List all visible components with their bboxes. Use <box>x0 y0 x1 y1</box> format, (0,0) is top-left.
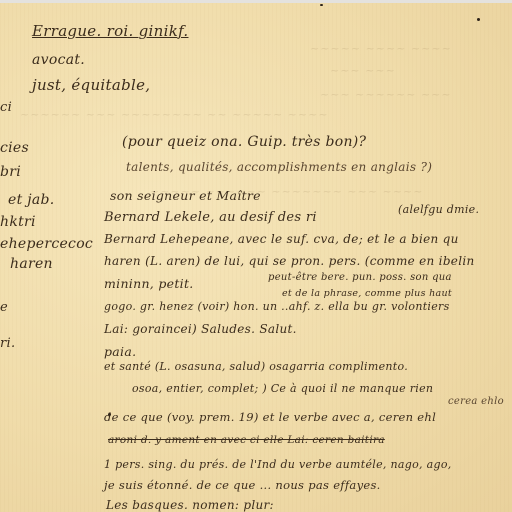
bleed-through-text: ~~~~~ ~~~~ ~~~~ <box>310 42 452 55</box>
main-line-14: et santé (L. osasuna, salud) osagarria c… <box>104 360 408 373</box>
top-line-1: Errague. roi. ginikf. <box>32 22 188 40</box>
top-line-3: just, équitable, <box>32 76 150 94</box>
margin-word: bri <box>0 164 21 180</box>
main-line-5-aside: (alelfgu dmie. <box>398 203 479 216</box>
main-line-13: paia. <box>104 344 136 359</box>
bleed-through-text: ~~~ ~~~~~~ ~~~ <box>320 88 452 101</box>
main-line-8: mininn, petit. <box>104 276 194 291</box>
margin-word: ri. <box>0 336 15 351</box>
main-line-6: Bernard Lehepeane, avec le suf. cva, de;… <box>104 232 459 246</box>
main-line-18: aroni d. y ament en avec ci elle Lai: ce… <box>108 434 385 446</box>
main-line-11: gogo. gr. henez (voir) hon. un ..ahf. z.… <box>104 300 450 313</box>
main-line-15: osoa, entier, complet; ) Ce à quoi il ne… <box>132 382 433 395</box>
scan-top-edge <box>0 0 512 3</box>
margin-word: hktri <box>0 214 36 230</box>
main-line-9: peut-être bere. pun. poss. son qua <box>268 272 452 283</box>
main-line-2: talents, qualités, accomplishments en an… <box>126 160 432 174</box>
margin-word: ci <box>0 100 12 115</box>
top-line-2: avocat. <box>32 52 85 68</box>
main-line-3: son seigneur et Maître <box>110 188 261 203</box>
ink-speck <box>477 18 480 21</box>
main-line-21: Les basques. nomen: plur: <box>106 498 274 512</box>
bleed-through-text: ~~~ ~~~ <box>330 64 396 77</box>
main-line-12: Lai: goraincei) Saludes. Salut. <box>104 322 297 336</box>
main-line-7: haren (L. aren) de lui, qui se pron. per… <box>104 254 475 268</box>
margin-word: ehepercecoc <box>0 236 93 252</box>
main-line-19: 1 pers. sing. du prés. de l'Ind du verbe… <box>104 458 452 471</box>
margin-word: e <box>0 300 8 315</box>
main-line-10: et de la phrase, comme plus haut <box>282 288 452 299</box>
bleed-through-text: ~~~~~~ ~~~ ~~~~~~~~ ~~ ~~~~~ ~~~~ <box>20 108 329 121</box>
top-line-1-text: Errague. roi. ginikf. <box>32 22 188 40</box>
main-line-1: (pour queiz ona. Guip. très bon)? <box>122 134 366 150</box>
main-line-20: je suis étonné. de ce que ... nous pas e… <box>104 478 381 492</box>
main-line-4: Bernard Lekele, au desif des ri <box>104 210 317 225</box>
main-line-16-interlinear: cerea ehlo <box>448 396 504 407</box>
margin-word: haren <box>10 256 53 272</box>
margin-word: cies <box>0 140 29 156</box>
ink-speck <box>320 4 323 6</box>
main-line-18-text: aroni d. y ament en avec ci elle Lai: ce… <box>108 434 385 446</box>
margin-word: et jab. <box>8 192 55 208</box>
main-line-17: de ce que (voy. prem. 19) et le verbe av… <box>104 410 436 424</box>
